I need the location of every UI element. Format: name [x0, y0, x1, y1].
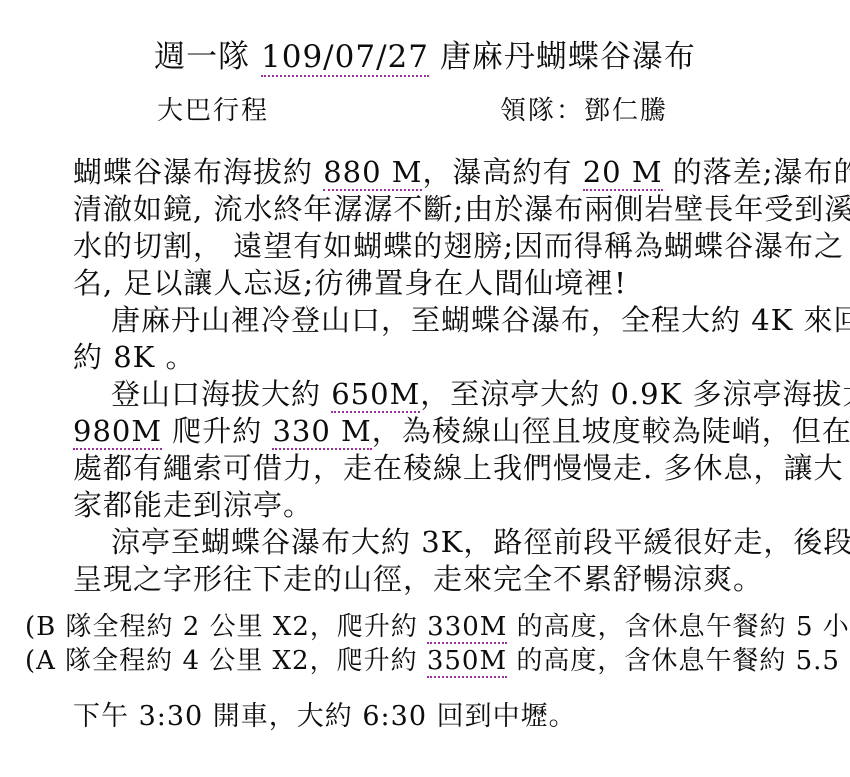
text-segment: 的高度，含休息午餐約 5 小時) [507, 612, 850, 642]
underlined-text: 650M [331, 377, 420, 413]
leader-label: 領隊：鄧仁騰 [500, 94, 668, 128]
text-segment: 家都能走到涼亭。 [73, 488, 313, 522]
text-segment: 約 8K 。 [73, 340, 196, 374]
document-title: 週一隊 109/07/27 唐麻丹蝴蝶谷瀑布 [0, 0, 850, 78]
text-line: 登山口海拔大約 650M，至涼亭大約 0.9K 多涼亭海拔大約 [73, 376, 810, 413]
subtitle-row: 大巴行程 領隊：鄧仁騰 [0, 94, 850, 128]
text-segment: ，瀑高約有 [422, 155, 582, 189]
underlined-text: 330 M [272, 414, 371, 450]
text-segment: ，為稜線山徑且坡度較為陡峭，但在陡峭 [372, 414, 850, 448]
text-line: 蝴蝶谷瀑布海拔約 880 M，瀑高約有 20 M 的落差;瀑布的水 [73, 154, 810, 191]
text-line: 呈現之字形往下走的山徑，走來完全不累舒暢涼爽。 [73, 561, 810, 598]
text-line: 家都能走到涼亭。 [73, 487, 810, 524]
team-notes: (B 隊全程約 2 公里 X2，爬升約 330M 的高度，含休息午餐約 5 小時… [25, 610, 835, 678]
text-line: 處都有繩索可借力，走在稜線上我們慢慢走. 多休息，讓大 [73, 450, 810, 487]
text-line: 水的切割， 遠望有如蝴蝶的翅膀;因而得稱為蝴蝶谷瀑布之 [73, 228, 810, 265]
text-segment: 涼亭至蝴蝶谷瀑布大約 3K，路徑前段平緩很好走，後段 [111, 525, 850, 559]
text-segment: 爬升約 [162, 414, 272, 448]
text-line: 清澈如鏡, 流水終年潺潺不斷;由於瀑布兩側岩壁長年受到溪 [73, 191, 810, 228]
text-line: 下午 3:30 開車，大約 6:30 回到中壢。 [73, 700, 810, 734]
text-line: 涼亭至蝴蝶谷瀑布大約 3K，路徑前段平緩很好走，後段 [73, 524, 810, 561]
document-page: 週一隊 109/07/27 唐麻丹蝴蝶谷瀑布 大巴行程 領隊：鄧仁騰 蝴蝶谷瀑布… [0, 0, 850, 777]
text-line: 約 8K 。 [73, 339, 810, 376]
trip-type-label: 大巴行程 [157, 94, 269, 128]
text-segment: (B 隊全程約 2 公里 X2，爬升約 [25, 612, 427, 642]
text-line: (A 隊全程約 4 公里 X2，爬升約 350M 的高度，含休息午餐約 5.5 … [25, 644, 835, 678]
text-segment: ，至涼亭大約 0.9K 多涼亭海拔大約 [420, 377, 850, 411]
text-segment: 蝴蝶谷瀑布海拔約 [73, 155, 323, 189]
underlined-text: 350M [427, 646, 507, 678]
text-segment: 下午 3:30 開車，大約 6:30 回到中壢。 [73, 701, 577, 732]
body-text: 蝴蝶谷瀑布海拔約 880 M，瀑高約有 20 M 的落差;瀑布的水清澈如鏡, 流… [73, 154, 810, 598]
text-line: 唐麻丹山裡冷登山口，至蝴蝶谷瀑布，全程大約 4K 來回 [73, 302, 810, 339]
underlined-text: 980M [73, 414, 162, 450]
text-segment: 唐麻丹山裡冷登山口，至蝴蝶谷瀑布，全程大約 4K 來回 [111, 303, 850, 337]
text-segment: 唐麻丹蝴蝶谷瀑布 [429, 39, 696, 75]
text-segment: 週一隊 [154, 39, 261, 75]
text-segment: 名, 足以讓人忘返;彷彿置身在人間仙境裡! [73, 266, 627, 300]
text-segment: 的高度，含休息午餐約 5.5 小時) [507, 646, 850, 676]
text-segment: (A 隊全程約 4 公里 X2，爬升約 [25, 646, 427, 676]
text-line: (B 隊全程約 2 公里 X2，爬升約 330M 的高度，含休息午餐約 5 小時… [25, 610, 835, 644]
text-segment: 處都有繩索可借力，走在稜線上我們慢慢走. 多休息，讓大 [73, 451, 843, 485]
text-segment: 登山口海拔大約 [111, 377, 331, 411]
underlined-text: 880 M [323, 155, 422, 191]
text-segment: 呈現之字形往下走的山徑，走來完全不累舒暢涼爽。 [73, 562, 763, 596]
departure-note: 下午 3:30 開車，大約 6:30 回到中壢。 [73, 700, 810, 734]
text-segment: 水的切割， 遠望有如蝴蝶的翅膀;因而得稱為蝴蝶谷瀑布之 [73, 229, 844, 263]
text-line: 980M 爬升約 330 M，為稜線山徑且坡度較為陡峭，但在陡峭 [73, 413, 810, 450]
underlined-text: 109/07/27 [261, 39, 429, 77]
underlined-text: 20 M [583, 155, 663, 191]
text-segment: 清澈如鏡, 流水終年潺潺不斷;由於瀑布兩側岩壁長年受到溪 [73, 192, 850, 226]
underlined-text: 330M [427, 612, 507, 644]
text-line: 名, 足以讓人忘返;彷彿置身在人間仙境裡! [73, 265, 810, 302]
text-segment: 的落差;瀑布的水 [663, 155, 850, 189]
